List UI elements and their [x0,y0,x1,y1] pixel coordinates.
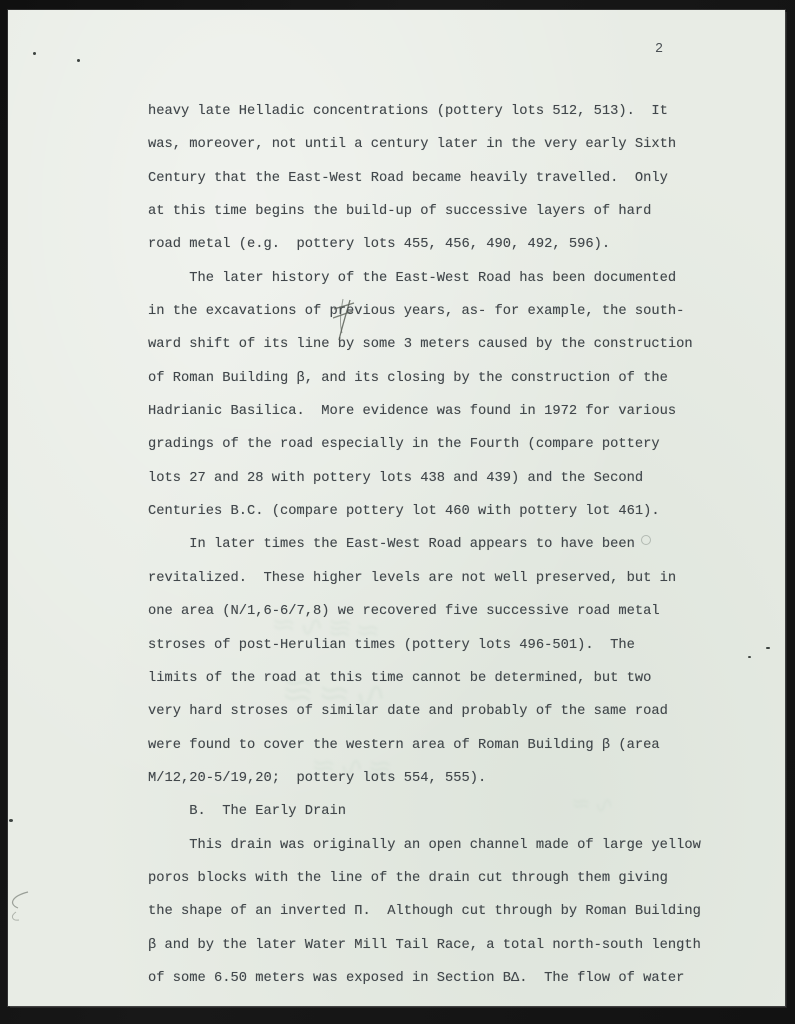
text-line: In later times the East-West Road appear… [148,528,708,561]
text-line: limits of the road at this time cannot b… [148,662,708,695]
text-line: very hard stroses of similar date and pr… [148,695,708,728]
text-line: heavy late Helladic concentrations (pott… [148,95,708,128]
ink-speck [77,59,80,62]
text-body: heavy late Helladic concentrations (pott… [148,95,708,995]
paper-sheet: 2 ≈≋∿≈ ∿≈≋ ≋∿≈ ∿≈ heavy late Helladic co… [8,10,785,1006]
ink-speck [748,656,751,658]
ink-speck [766,647,770,649]
text-line: lots 27 and 28 with pottery lots 438 and… [148,462,708,495]
text-line: Hadrianic Basilica. More evidence was fo… [148,395,708,428]
text-line: was, moreover, not until a century later… [148,128,708,161]
text-line: were found to cover the western area of … [148,729,708,762]
text-line: the shape of an inverted Π. Although cut… [148,895,708,928]
text-line: road metal (e.g. pottery lots 455, 456, … [148,228,708,261]
text-line: M/12,20-5/19,20; pottery lots 554, 555). [148,762,708,795]
ink-speck [33,52,36,55]
text-line: in the excavations of previous years, as… [148,295,708,328]
text-line: Century that the East-West Road became h… [148,162,708,195]
text-line: stroses of post-Herulian times (pottery … [148,629,708,662]
text-line: of some 6.50 meters was exposed in Secti… [148,962,708,995]
text-line: one area (N/1,6-6/7,8) we recovered five… [148,595,708,628]
text-line: ward shift of its line by some 3 meters … [148,328,708,361]
margin-pencil-curve [8,888,32,928]
page-number: 2 [655,42,663,57]
text-line: of Roman Building β, and its closing by … [148,362,708,395]
text-line: revitalized. These higher levels are not… [148,562,708,595]
text-line: This drain was originally an open channe… [148,829,708,862]
text-line: Centuries B.C. (compare pottery lot 460 … [148,495,708,528]
scanned-document: 2 ≈≋∿≈ ∿≈≋ ≋∿≈ ∿≈ heavy late Helladic co… [0,0,795,1024]
text-line: The later history of the East-West Road … [148,262,708,295]
faint-circle-mark [641,535,651,545]
text-line: at this time begins the build-up of succ… [148,195,708,228]
text-line: poros blocks with the line of the drain … [148,862,708,895]
text-line: β and by the later Water Mill Tail Race,… [148,929,708,962]
text-line: B. The Early Drain [148,795,708,828]
text-line: gradings of the road especially in the F… [148,428,708,461]
ink-speck [9,819,13,822]
